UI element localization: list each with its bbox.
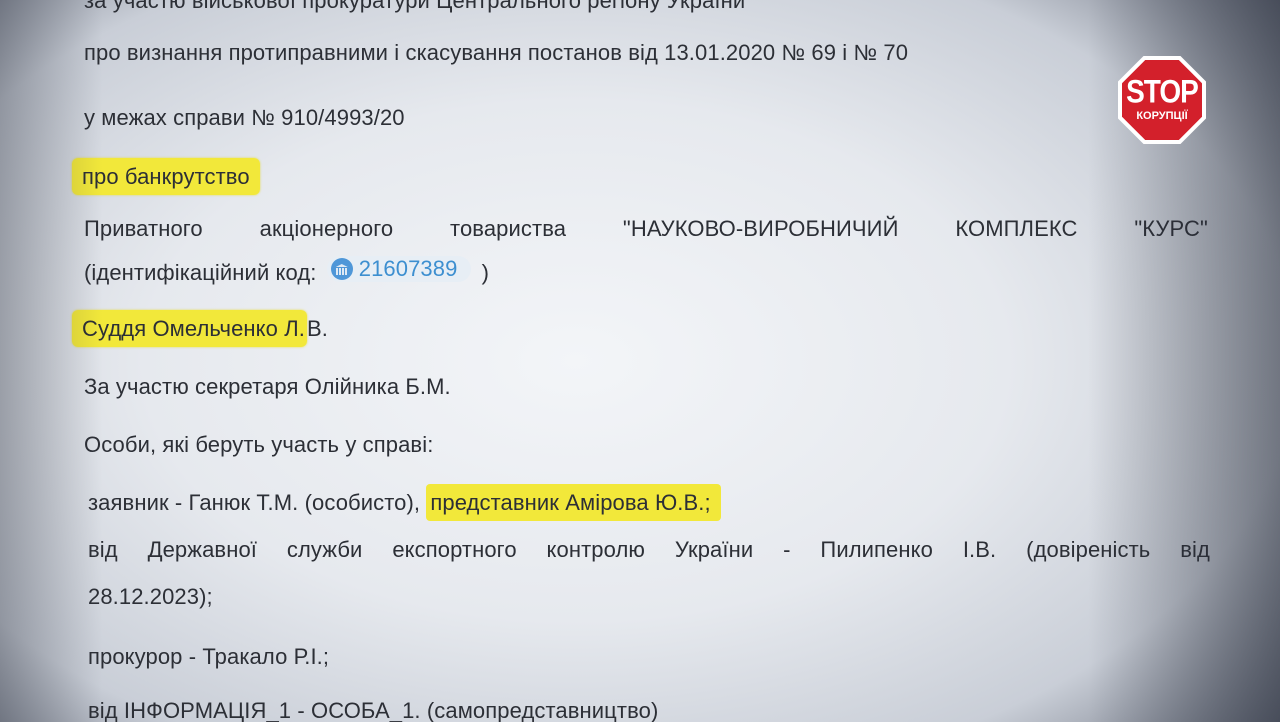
- text-line-participants-heading: Особи, які беруть участь у справі:: [84, 432, 433, 458]
- word: експортного: [392, 537, 516, 563]
- text-line-judge: Суддя Омельченко Л.В.: [84, 316, 328, 342]
- word: -: [783, 537, 790, 563]
- text-line-export-control: від Державної служби експортного контрол…: [88, 537, 1210, 563]
- word: "НАУКОВО-ВИРОБНИЧИЙ: [623, 216, 899, 242]
- company-code-link[interactable]: 21607389: [327, 256, 472, 282]
- text-line-power-of-attorney-date: 28.12.2023);: [88, 584, 213, 610]
- text-line-identification-code: (ідентифікаційний код: 21607389 ): [84, 256, 489, 286]
- word: (довіреність: [1026, 537, 1150, 563]
- logo-subtitle: КОРУПЦІЇ: [1136, 110, 1187, 122]
- text-line-bankruptcy: про банкрутство: [84, 164, 260, 190]
- word: І.В.: [963, 537, 996, 563]
- text-line-secretary: За участю секретаря Олійника Б.М.: [84, 374, 451, 400]
- text-line-case-number: у межах справи № 910/4993/20: [84, 105, 405, 131]
- id-code-label: (ідентифікаційний код:: [84, 260, 317, 285]
- text-line-prosecutor-participation: за участю військової прокуратури Централ…: [84, 0, 745, 14]
- word: служби: [287, 537, 363, 563]
- text-line-prosecutor: прокурор - Тракало Р.І.;: [88, 644, 329, 670]
- applicant-text: заявник - Ганюк Т.М. (особисто),: [88, 490, 420, 515]
- word: від: [1180, 537, 1210, 563]
- company-code[interactable]: 21607389: [359, 256, 458, 282]
- highlight-representative: представник Амірова Ю.В.;: [426, 484, 720, 521]
- text-line-company-name: Приватного акціонерного товариства "НАУК…: [84, 216, 1208, 242]
- word: Приватного: [84, 216, 203, 242]
- text-line-self-representation: від ІНФОРМАЦІЯ_1 - ОСОБА_1. (самопредста…: [88, 698, 658, 722]
- text-line-applicant: заявник - Ганюк Т.М. (особисто), предста…: [88, 490, 721, 516]
- judge-initial: В.: [307, 316, 328, 341]
- word: України: [675, 537, 753, 563]
- word: Державної: [148, 537, 257, 563]
- word: від: [88, 537, 118, 563]
- word: товариства: [450, 216, 566, 242]
- highlight-judge: Суддя Омельченко Л.: [72, 310, 307, 347]
- closing-paren: ): [482, 260, 489, 285]
- text-line-resolutions: про визнання протиправними і скасування …: [84, 40, 908, 66]
- logo-title: STOP: [1126, 76, 1198, 108]
- word: "КУРС": [1134, 216, 1208, 242]
- word: акціонерного: [260, 216, 394, 242]
- highlight-bankruptcy: про банкрутство: [72, 158, 260, 195]
- stop-corruption-logo: STOP КОРУПЦІЇ: [1118, 56, 1206, 144]
- word: Пилипенко: [820, 537, 933, 563]
- word: КОМПЛЕКС: [955, 216, 1077, 242]
- document-page: за участю військової прокуратури Централ…: [0, 0, 1280, 722]
- word: контролю: [547, 537, 645, 563]
- bank-icon: [331, 258, 353, 280]
- stop-sign-icon: STOP КОРУПЦІЇ: [1122, 60, 1202, 140]
